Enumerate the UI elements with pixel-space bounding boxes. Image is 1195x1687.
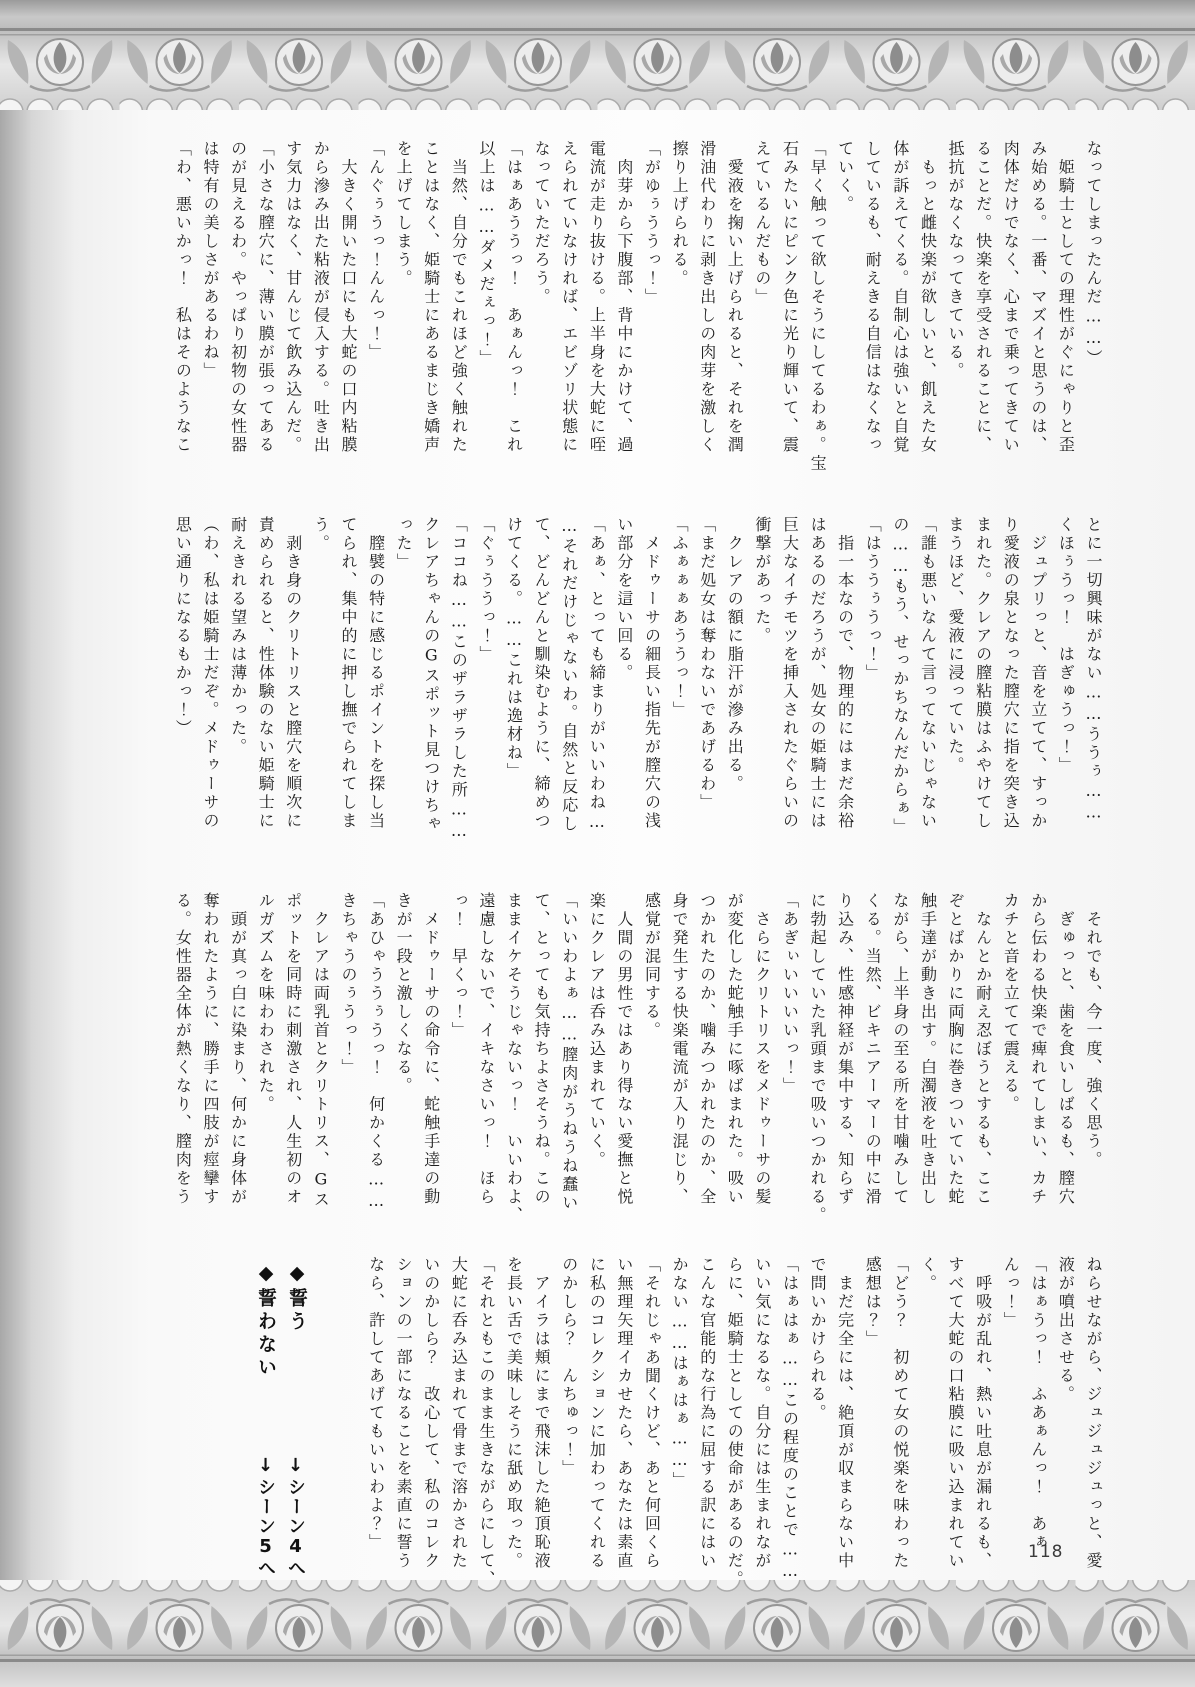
page-number: 118 [1028, 1542, 1063, 1562]
top-ornament-border [0, 28, 1195, 110]
book-page: なってしまったんだ……） 姫騎士としての理性がぐにゃりと歪 み始める。一番、マズ… [0, 0, 1195, 1687]
page-top-edge [0, 0, 1195, 28]
floral-ornament-pattern [0, 28, 1195, 110]
scene-link-5: ↓シーン5へ [250, 1455, 280, 1580]
choice-options: ◆誓う ◆誓わない [250, 1262, 312, 1442]
choice-option-not-swear: ◆誓わない [250, 1262, 281, 1442]
page-bottom-edge [0, 1662, 1195, 1687]
choice-option-swear: ◆誓う [281, 1262, 312, 1442]
scene-link-4: ↓シーン4へ [280, 1455, 310, 1580]
text-section-3: それでも、今一度、強く思う。 ぎゅっと、歯を食いしばるも、膣穴 から伝わる快楽で… [109, 892, 1107, 1254]
text-section-1: なってしまったんだ……） 姫騎士としての理性がぐにゃりと歪 み始める。一番、マズ… [109, 140, 1107, 502]
text-section-2: とに一切興味がない……ううぅ…… くほぅうっ！ はぎゅうっ！」 ジュプリっと、音… [109, 516, 1107, 878]
scene-links: ↓シーン4へ ↓シーン5へ [250, 1455, 310, 1580]
